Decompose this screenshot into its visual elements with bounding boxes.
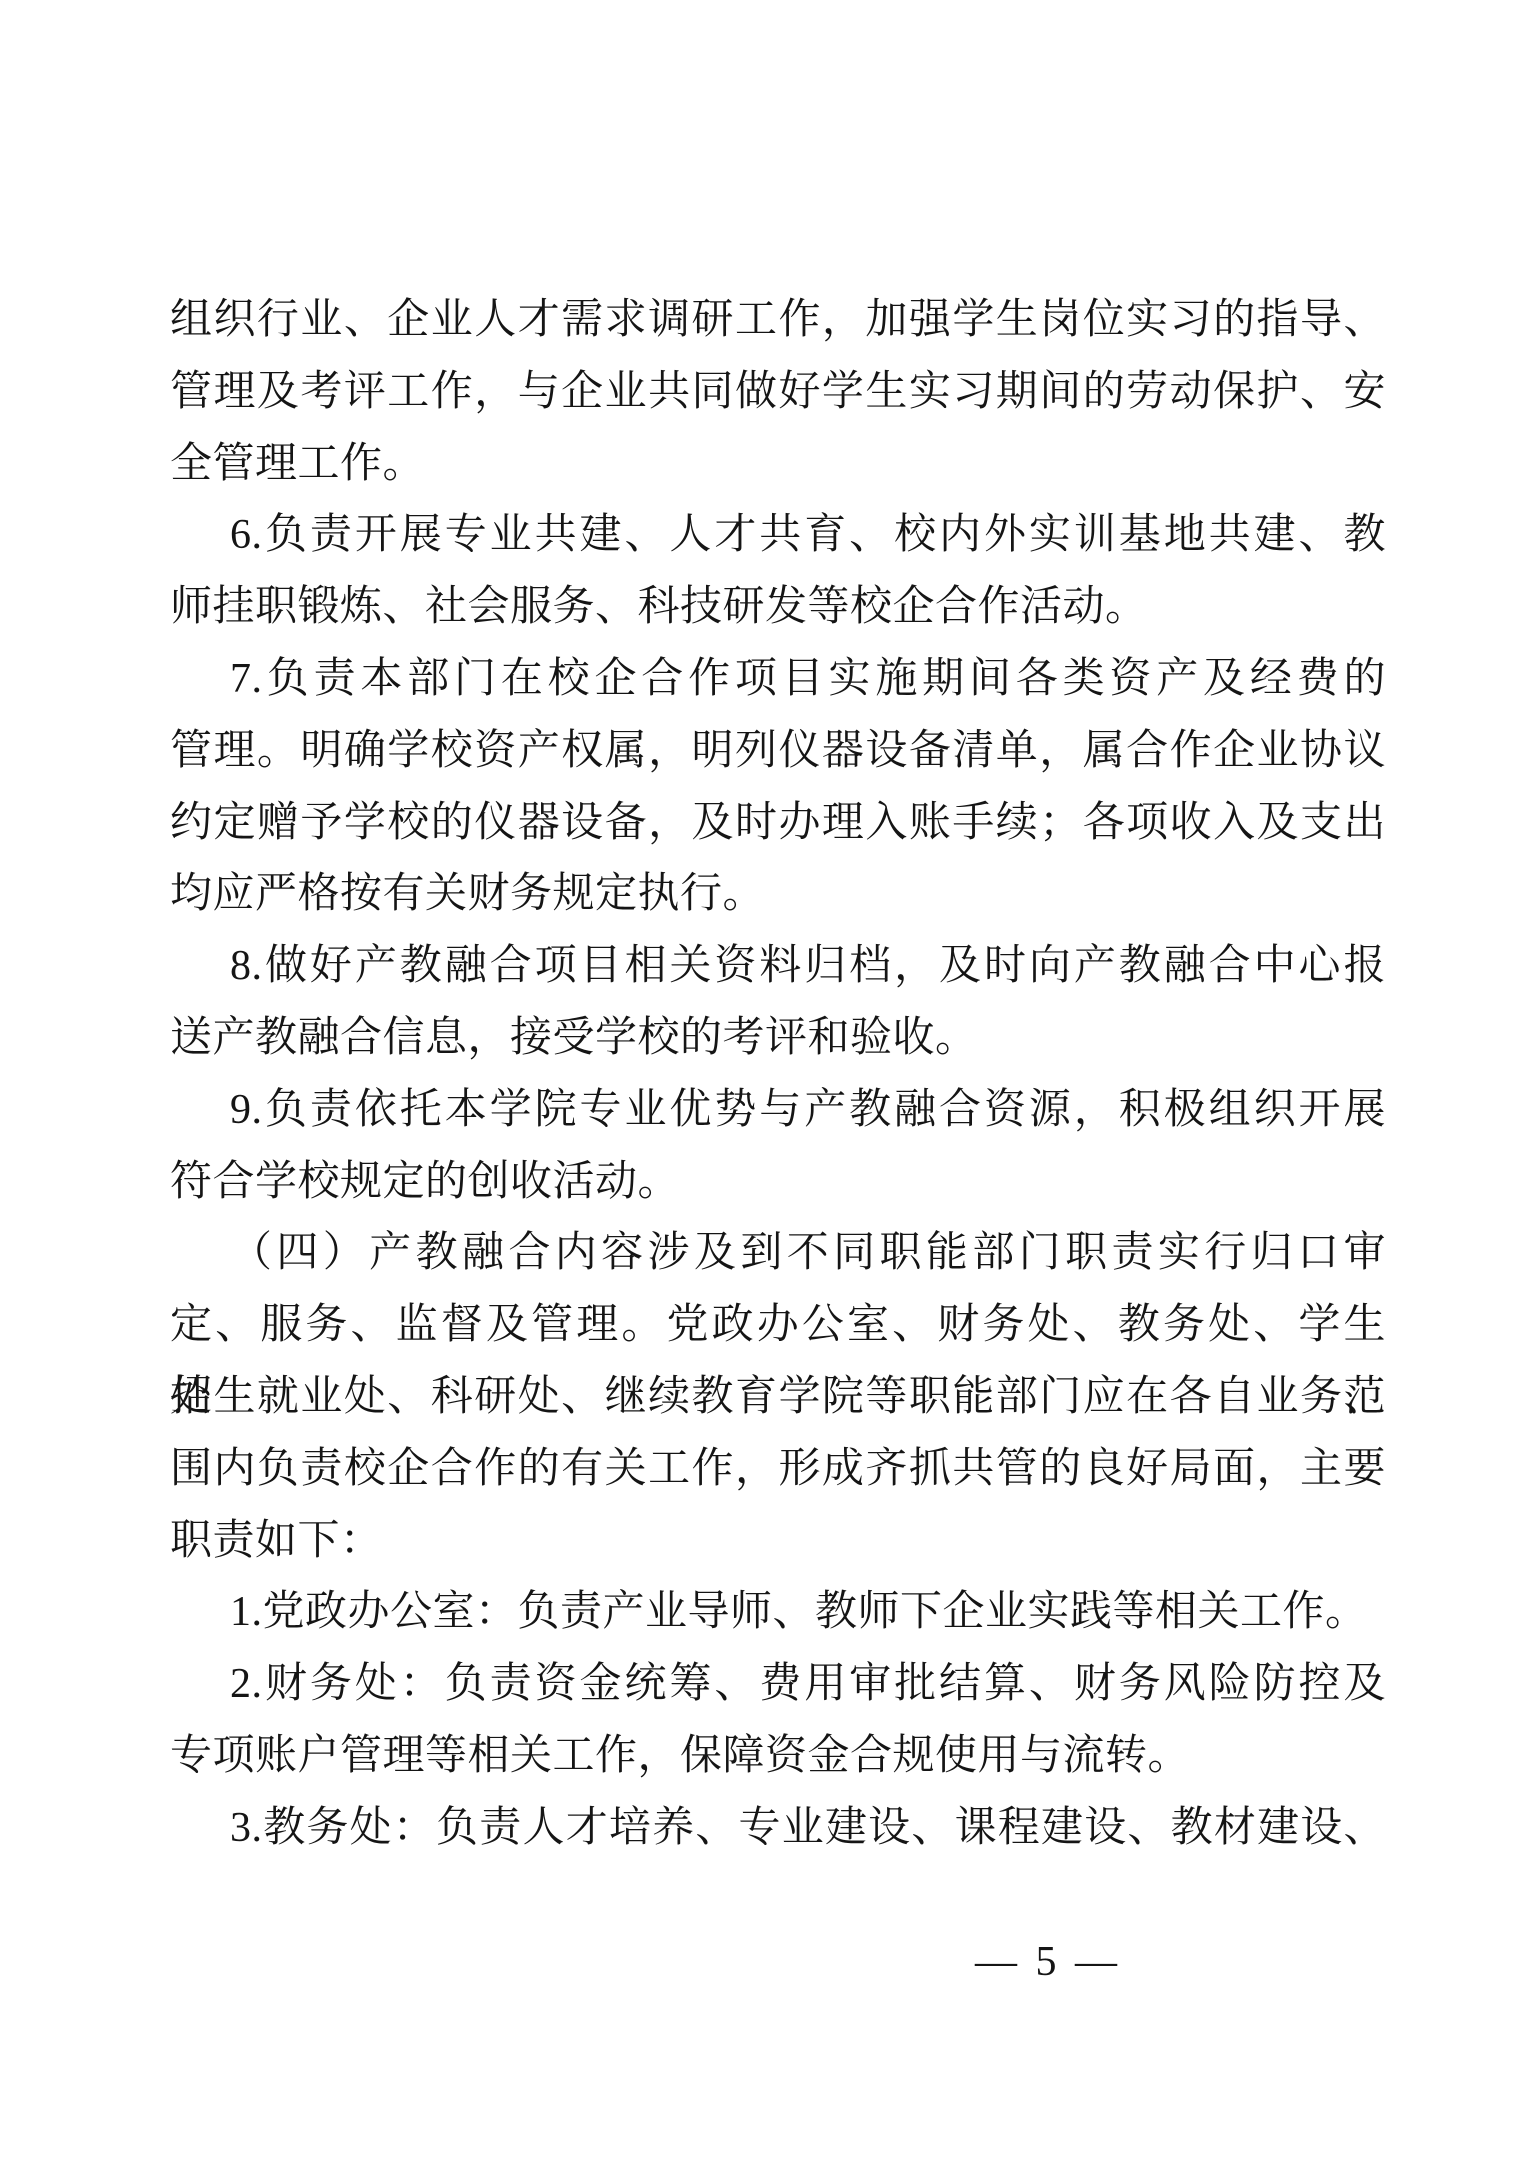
text-line: 1.党政办公室：负责产业导师、教师下企业实践等相关工作。 [170,1577,1386,1649]
text-line: 管理。明确学校资产权属，明列仪器设备清单，属合作企业协议 [170,716,1386,788]
text-line: 围内负责校企合作的有关工作，形成齐抓共管的良好局面，主要 [170,1434,1386,1506]
text-line: 约定赠予学校的仪器设备，及时办理入账手续；各项收入及支出 [170,788,1386,860]
text-line: 招生就业处、科研处、继续教育学院等职能部门应在各自业务范 [170,1362,1386,1434]
text-line: 职责如下： [170,1506,1386,1578]
document-page: 组织行业、企业人才需求调研工作，加强学生岗位实习的指导、管理及考评工作，与企业共… [0,0,1536,2171]
text-line: 9.负责依托本学院专业优势与产教融合资源，积极组织开展 [170,1075,1386,1147]
text-line: 符合学校规定的创收活动。 [170,1147,1386,1219]
text-line: 均应严格按有关财务规定执行。 [170,859,1386,931]
document-body: 组织行业、企业人才需求调研工作，加强学生岗位实习的指导、管理及考评工作，与企业共… [170,285,1386,1865]
text-line: 组织行业、企业人才需求调研工作，加强学生岗位实习的指导、 [170,285,1386,357]
text-line: 6.负责开展专业共建、人才共育、校内外实训基地共建、教 [170,500,1386,572]
page-number: — 5 — [975,1938,1121,1986]
text-line: 专项账户管理等相关工作，保障资金合规使用与流转。 [170,1721,1386,1793]
text-line: 全管理工作。 [170,429,1386,501]
text-line: （四）产教融合内容涉及到不同职能部门职责实行归口审 [170,1218,1386,1290]
text-line: 8.做好产教融合项目相关资料归档，及时向产教融合中心报 [170,931,1386,1003]
text-line: 7.负责本部门在校企合作项目实施期间各类资产及经费的 [170,644,1386,716]
text-line: 送产教融合信息，接受学校的考评和验收。 [170,1003,1386,1075]
text-line: 师挂职锻炼、社会服务、科技研发等校企合作活动。 [170,572,1386,644]
text-line: 2.财务处：负责资金统筹、费用审批结算、财务风险防控及 [170,1649,1386,1721]
text-line: 定、服务、监督及管理。党政办公室、财务处、教务处、学生处、 [170,1290,1386,1362]
text-line: 管理及考评工作，与企业共同做好学生实习期间的劳动保护、安 [170,357,1386,429]
text-line: 3.教务处：负责人才培养、专业建设、课程建设、教材建设、 [170,1793,1386,1865]
